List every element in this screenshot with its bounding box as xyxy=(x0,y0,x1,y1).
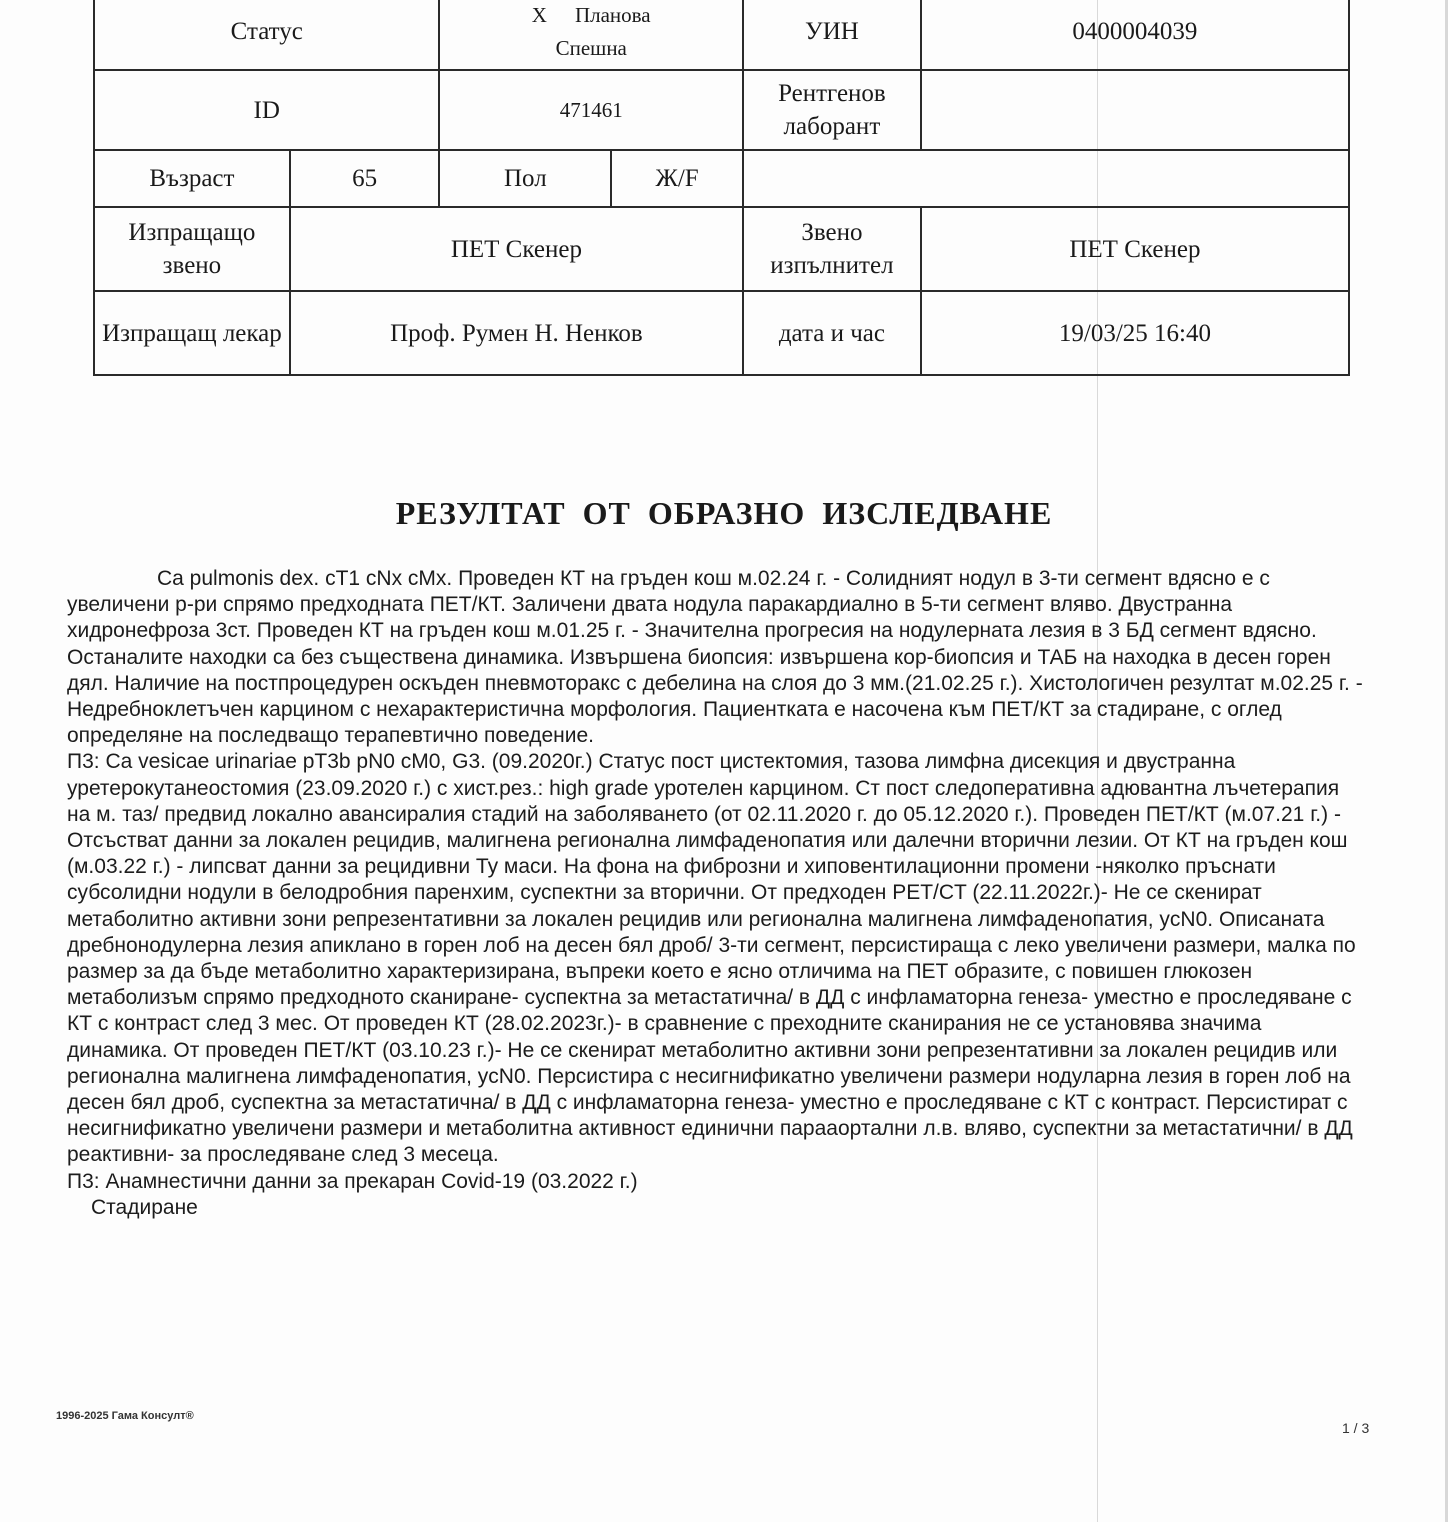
xray-tech-value xyxy=(921,70,1349,150)
sex-value: Ж/F xyxy=(611,150,743,207)
executing-unit-label: Звено изпълнител xyxy=(743,207,921,291)
report-paragraph-covid: П3: Анамнестични данни за прекаран Covid… xyxy=(67,1169,1367,1195)
status-option-urgent: Спешна xyxy=(446,32,735,65)
datetime-value: 19/03/25 16:40 xyxy=(921,291,1349,375)
id-label: ID xyxy=(94,70,439,150)
table-row: Възраст 65 Пол Ж/F xyxy=(94,150,1349,207)
sending-unit-value: ПЕТ Скенер xyxy=(290,207,743,291)
sending-doctor-value: Проф. Румен Н. Ненков xyxy=(290,291,743,375)
document-title: РЕЗУЛТАТ ОТ ОБРАЗНО ИЗСЛЕДВАНЕ xyxy=(0,495,1448,532)
report-staging: Стадиране xyxy=(67,1195,1367,1221)
report-paragraph-findings: Ca pulmonis dex. cT1 cNx cMx. Проведен К… xyxy=(67,566,1367,749)
table-row: ID 471461 Рентгенов лаборант xyxy=(94,70,1349,150)
report-body: Ca pulmonis dex. cT1 cNx cMx. Проведен К… xyxy=(67,566,1367,1221)
table-row: Изпращащ лекар Проф. Румен Н. Ненков дат… xyxy=(94,291,1349,375)
sending-doctor-label: Изпращащ лекар xyxy=(94,291,290,375)
executing-unit-value: ПЕТ Скенер xyxy=(921,207,1349,291)
status-checkmark: X xyxy=(532,3,547,27)
status-option-planned: Планова xyxy=(575,3,651,27)
id-value: 471461 xyxy=(439,70,742,150)
sex-label: Пол xyxy=(439,150,611,207)
table-row: Изпращащо звено ПЕТ Скенер Звено изпълни… xyxy=(94,207,1349,291)
uin-value: 0400004039 xyxy=(921,0,1349,70)
status-label: Статус xyxy=(94,0,439,70)
report-paragraph-history: П3: Ca vesicae urinariae pT3b pN0 cM0, G… xyxy=(67,749,1367,1168)
uin-label: УИН xyxy=(743,0,921,70)
page-number: 1 / 3 xyxy=(1342,1420,1369,1436)
table-row: Статус XПланова Спешна УИН 0400004039 xyxy=(94,0,1349,70)
patient-info-table: Статус XПланова Спешна УИН 0400004039 ID… xyxy=(93,0,1350,376)
age-value: 65 xyxy=(290,150,440,207)
age-label: Възраст xyxy=(94,150,290,207)
empty-cell xyxy=(743,150,1349,207)
footer-copyright: 1996-2025 Гама Консулт® xyxy=(56,1410,194,1422)
datetime-label: дата и час xyxy=(743,291,921,375)
status-options: XПланова Спешна xyxy=(439,0,742,70)
sending-unit-label: Изпращащо звено xyxy=(94,207,290,291)
xray-tech-label: Рентгенов лаборант xyxy=(743,70,921,150)
